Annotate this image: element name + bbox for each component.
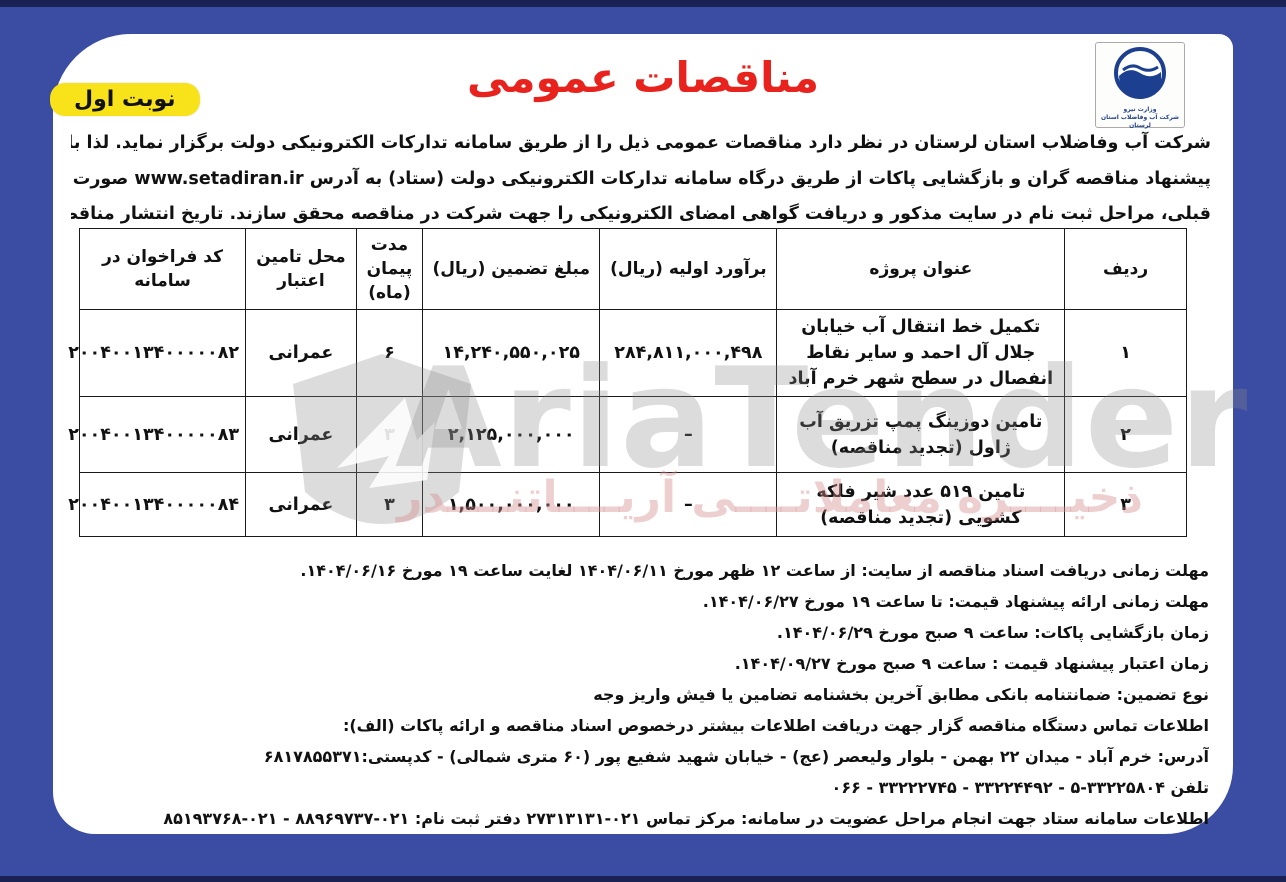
tenders-table: ردیف عنوان پروژه برآورد اولیه (ریال) مبل… — [79, 228, 1187, 537]
note-guarantee-type: نوع تضمین: ضمانتنامه بانکی مطابق آخرین ب… — [73, 679, 1209, 710]
cell-contract-duration: ۳ — [356, 397, 422, 473]
note-contact-info-heading: اطلاعات تماس دستگاه مناقصه گزار جهت دریا… — [73, 710, 1209, 741]
water-company-logo-icon — [1111, 46, 1169, 102]
intro-line-1: شرکت آب وفاضلاب استان لرستان در نظر دارد… — [71, 126, 1211, 162]
header-project-title: عنوان پروژه — [777, 229, 1065, 310]
cell-guarantee-amount: ۱,۵۰۰,۰۰۰,۰۰۰ — [423, 473, 600, 537]
cell-funding-source: عمرانی — [246, 473, 357, 537]
header-initial-estimate: برآورد اولیه (ریال) — [600, 229, 777, 310]
cell-system-call-code: ۲۰۰۴۰۰۱۳۴۰۰۰۰۰۸۴ — [80, 473, 246, 537]
company-logo: وزارت نیرو شرکت آب وفاضلاب استان لرستان — [1095, 42, 1185, 128]
cell-initial-estimate: – — [600, 397, 777, 473]
cell-row-number: ۳ — [1065, 473, 1187, 537]
header-contract-duration: مدت پیمان (ماه) — [356, 229, 422, 310]
cell-guarantee-amount: ۲,۱۲۵,۰۰۰,۰۰۰ — [423, 397, 600, 473]
cell-project-title: تکمیل خط انتقال آب خیابان جلال آل احمد و… — [777, 310, 1065, 397]
table-row: ۲ تامین دوزینگ پمپ تزریق آب ژاول (تجدید … — [80, 397, 1187, 473]
note-opening-time: زمان بازگشایی پاکات: ساعت ۹ صبح مورخ ۱۴۰… — [73, 617, 1209, 648]
note-phone: تلفن ۳۳۲۲۵۸۰۴-۵ - ۳۳۲۲۴۴۹۲ - ۳۳۲۲۲۷۴۵ - … — [73, 772, 1209, 803]
bottom-border-strip — [0, 876, 1286, 882]
notice-title: مناقصات عمومی — [53, 52, 1233, 104]
intro-paragraph: شرکت آب وفاضلاب استان لرستان در نظر دارد… — [71, 126, 1211, 233]
cell-initial-estimate: ۲۸۴,۸۱۱,۰۰۰,۴۹۸ — [600, 310, 777, 397]
notes-section: مهلت زمانی دریافت اسناد مناقصه از سایت: … — [73, 555, 1209, 834]
table-header-row: ردیف عنوان پروژه برآورد اولیه (ریال) مبل… — [80, 229, 1187, 310]
note-document-deadline: مهلت زمانی دریافت اسناد مناقصه از سایت: … — [73, 555, 1209, 586]
notice-card: مناقصات عمومی وزارت نیرو شرکت آب وفاضلاب… — [53, 34, 1233, 834]
cell-system-call-code: ۲۰۰۴۰۰۱۳۴۰۰۰۰۰۸۳ — [80, 397, 246, 473]
note-bid-deadline: مهلت زمانی ارائه پیشنهاد قیمت: تا ساعت ۱… — [73, 586, 1209, 617]
cell-row-number: ۲ — [1065, 397, 1187, 473]
note-address: آدرس: خرم آباد - میدان ۲۲ بهمن - بلوار و… — [73, 741, 1209, 772]
cell-project-title: تامین دوزینگ پمپ تزریق آب ژاول (تجدید من… — [777, 397, 1065, 473]
cell-system-call-code: ۲۰۰۴۰۰۱۳۴۰۰۰۰۰۸۲ — [80, 310, 246, 397]
cell-guarantee-amount: ۱۴,۲۴۰,۵۵۰,۰۲۵ — [423, 310, 600, 397]
cell-row-number: ۱ — [1065, 310, 1187, 397]
cell-contract-duration: ۳ — [356, 473, 422, 537]
page-background: { "badge": { "label": "نوبت اول" }, "hea… — [0, 0, 1286, 882]
cell-contract-duration: ۶ — [356, 310, 422, 397]
table-row: ۳ تامین ۵۱۹ عدد شیر فلکه کشویی (تجدید من… — [80, 473, 1187, 537]
header-system-call-code: کد فراخوان در سامانه — [80, 229, 246, 310]
cell-initial-estimate: – — [600, 473, 777, 537]
cell-funding-source: عمرانی — [246, 397, 357, 473]
note-bid-validity: زمان اعتبار پیشنهاد قیمت : ساعت ۹ صبح مو… — [73, 648, 1209, 679]
note-setad-contact: اطلاعات سامانه ستاد جهت انجام مراحل عضوی… — [73, 803, 1209, 834]
top-border-strip — [0, 0, 1286, 7]
first-round-badge: نوبت اول — [50, 83, 200, 116]
table-row: ۱ تکمیل خط انتقال آب خیابان جلال آل احمد… — [80, 310, 1187, 397]
cell-project-title: تامین ۵۱۹ عدد شیر فلکه کشویی (تجدید مناق… — [777, 473, 1065, 537]
header-guarantee-amount: مبلغ تضمین (ریال) — [423, 229, 600, 310]
header-row-number: ردیف — [1065, 229, 1187, 310]
intro-line-2: پیشنهاد مناقصه گران و بازگشایی پاکات از … — [71, 162, 1211, 198]
header-funding-source: محل تامین اعتبار — [246, 229, 357, 310]
logo-caption-ministry: وزارت نیرو — [1096, 106, 1184, 114]
cell-funding-source: عمرانی — [246, 310, 357, 397]
